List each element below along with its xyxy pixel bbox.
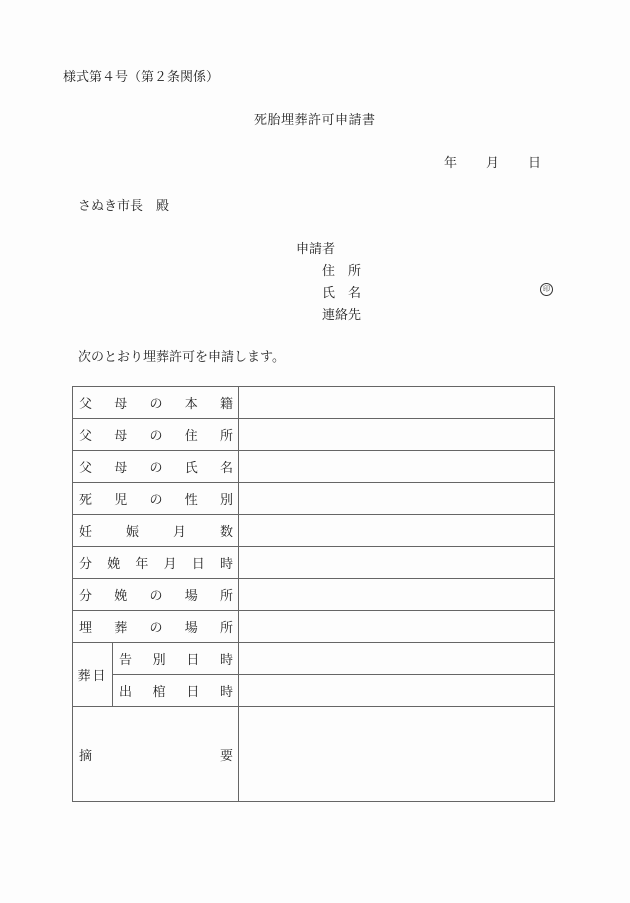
table-row: 父母の氏名: [73, 451, 555, 483]
label-char: 数: [220, 521, 233, 540]
label-char: 葬: [114, 617, 127, 636]
intro-text: 次のとおり埋葬許可を申請します。: [78, 346, 285, 365]
applicant-name-label: 氏 名: [322, 282, 361, 301]
label-char: 母: [114, 425, 127, 444]
label-char: の: [150, 393, 163, 412]
row-label: 分娩年月日時: [73, 553, 238, 572]
value-cell[interactable]: [239, 419, 555, 451]
row-label: 父母の本籍: [73, 393, 238, 412]
label-char: 住: [185, 425, 198, 444]
label-char: 別: [220, 489, 233, 508]
addressee: さぬき市長 殿: [78, 195, 169, 214]
table-row: 分娩の場所: [73, 579, 555, 611]
sub-label-cell: 出棺日時: [113, 675, 239, 707]
label-char: 時: [220, 649, 233, 668]
label-char: 日: [186, 681, 199, 700]
value-cell[interactable]: [239, 579, 555, 611]
label-char: の: [150, 425, 163, 444]
label-cell: 父母の本籍: [73, 387, 239, 419]
detail-table: 父母の本籍父母の住所父母の氏名死児の性別妊娠月数分娩年月日時分娩の場所埋葬の場所…: [72, 386, 555, 802]
month-label: 月: [486, 152, 499, 171]
label-char: 日: [192, 553, 205, 572]
label-char: 母: [114, 393, 127, 412]
label-char: 父: [79, 457, 92, 476]
label-char: の: [150, 617, 163, 636]
label-char: 児: [114, 489, 127, 508]
row-label: 死児の性別: [73, 489, 238, 508]
label-char: 父: [79, 425, 92, 444]
label-char: 父: [79, 393, 92, 412]
label-char: 別: [153, 649, 166, 668]
label-char: 分: [79, 553, 92, 572]
label-char: の: [150, 457, 163, 476]
label-char: 氏: [185, 457, 198, 476]
table-row: 埋葬の場所: [73, 611, 555, 643]
table-row: 父母の本籍: [73, 387, 555, 419]
label-char: 籍: [220, 393, 233, 412]
label-char: 分: [79, 585, 92, 604]
row-label: 父母の住所: [73, 425, 238, 444]
label-char: 場: [185, 585, 198, 604]
remarks-label-cell: 摘要: [73, 707, 239, 802]
label-char: 母: [114, 457, 127, 476]
label-char: 日: [186, 649, 199, 668]
row-label: 告別日時: [113, 649, 238, 668]
label-char: 月: [173, 521, 186, 540]
label-char: 告: [119, 649, 132, 668]
label-char: 性: [185, 489, 198, 508]
label-char: 娠: [126, 521, 139, 540]
label-char: 妊: [79, 521, 92, 540]
label-char: 月: [164, 553, 177, 572]
applicant-heading: 申請者: [296, 238, 335, 257]
label-char: 摘: [79, 745, 92, 764]
label-char: 棺: [153, 681, 166, 700]
label-char: 名: [220, 457, 233, 476]
value-cell[interactable]: [239, 643, 555, 675]
label-char: 時: [220, 553, 233, 572]
value-cell[interactable]: [239, 547, 555, 579]
label-char: の: [150, 585, 163, 604]
label-cell: 父母の氏名: [73, 451, 239, 483]
row-label: 分娩の場所: [73, 585, 238, 604]
label-cell: 埋葬の場所: [73, 611, 239, 643]
label-char: 埋: [79, 617, 92, 636]
label-char: 年: [135, 553, 148, 572]
remarks-row: 摘要: [73, 707, 555, 802]
value-cell[interactable]: [239, 451, 555, 483]
year-label: 年: [444, 152, 457, 171]
form-number: 様式第４号（第２条関係）: [63, 66, 219, 85]
sub-label-cell: 告別日時: [113, 643, 239, 675]
label-cell: 分娩の場所: [73, 579, 239, 611]
label-char: の: [150, 489, 163, 508]
value-cell[interactable]: [239, 483, 555, 515]
label-char: 出: [119, 681, 132, 700]
value-cell[interactable]: [239, 675, 555, 707]
applicant-address-label: 住 所: [322, 260, 361, 279]
value-cell[interactable]: [239, 515, 555, 547]
table-row: 葬日告別日時: [73, 643, 555, 675]
table-row: 出棺日時: [73, 675, 555, 707]
date-line: 年月日: [444, 152, 541, 171]
value-cell[interactable]: [239, 387, 555, 419]
value-cell[interactable]: [239, 707, 555, 802]
label-char: 所: [220, 425, 233, 444]
funeral-date-group-label: 葬日: [73, 643, 113, 707]
day-label: 日: [528, 152, 541, 171]
value-cell[interactable]: [239, 611, 555, 643]
label-char: 所: [220, 585, 233, 604]
row-label: 出棺日時: [113, 681, 238, 700]
document-title: 死胎埋葬許可申請書: [254, 109, 376, 128]
label-cell: 妊娠月数: [73, 515, 239, 547]
label-char: 死: [79, 489, 92, 508]
row-label: 父母の氏名: [73, 457, 238, 476]
label-char: 娩: [114, 585, 127, 604]
row-label: 妊娠月数: [73, 521, 238, 540]
label-char: 所: [220, 617, 233, 636]
row-label: 摘要: [73, 745, 238, 764]
row-label: 埋葬の場所: [73, 617, 238, 636]
label-char: 要: [220, 745, 233, 764]
label-char: 本: [185, 393, 198, 412]
label-char: 娩: [107, 553, 120, 572]
label-cell: 父母の住所: [73, 419, 239, 451]
table-row: 分娩年月日時: [73, 547, 555, 579]
label-cell: 分娩年月日時: [73, 547, 239, 579]
table-row: 父母の住所: [73, 419, 555, 451]
applicant-contact-label: 連絡先: [322, 304, 361, 323]
label-char: 場: [185, 617, 198, 636]
label-cell: 死児の性別: [73, 483, 239, 515]
label-char: 時: [220, 681, 233, 700]
seal-icon: 印: [540, 283, 553, 296]
table-row: 妊娠月数: [73, 515, 555, 547]
table-row: 死児の性別: [73, 483, 555, 515]
